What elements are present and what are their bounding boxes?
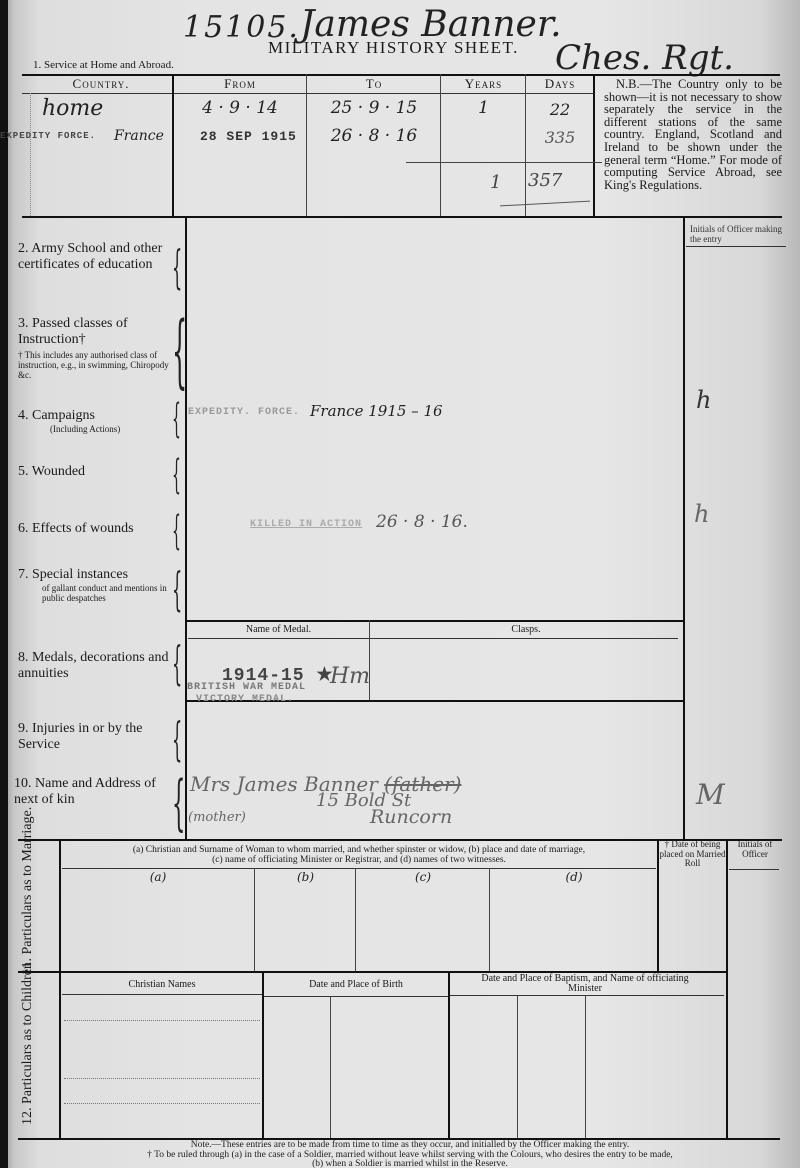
brace-icon: { — [172, 396, 181, 442]
rule — [64, 1103, 260, 1104]
medal-british-war: BRITISH WAR MEDAL — [187, 682, 306, 693]
section-num: 10. — [14, 776, 32, 791]
brace-icon: { — [172, 240, 182, 294]
section-5-label: 5. Wounded — [18, 464, 170, 480]
rule — [355, 868, 356, 971]
rule — [22, 216, 782, 218]
section-title: Army School and other certificates of ed… — [18, 241, 162, 272]
section-3-label: 3. Passed classes of Instruction† † This… — [18, 316, 170, 380]
col-d: (d) — [491, 870, 657, 884]
section-num: 6. — [18, 521, 29, 536]
section-title: Name and Address of next of kin — [14, 776, 156, 807]
medal-initials: Hm — [330, 664, 370, 689]
footer-note: Note.—These entries are to be made from … — [40, 1141, 780, 1168]
marriage-side-label: 11. Particulars as to Marriage. — [20, 845, 35, 975]
rule — [726, 839, 728, 1139]
col-a: (a) — [62, 870, 254, 884]
nb-note: N.B.—The Country only to be shown—it is … — [604, 78, 782, 191]
rule — [330, 996, 331, 1139]
row2-to: 26 · 8 · 16 — [308, 126, 440, 146]
rule — [22, 93, 594, 94]
col-b: (b) — [256, 870, 355, 884]
brace-icon: { — [172, 452, 181, 498]
col-to: To — [308, 76, 440, 92]
killed-initials: h — [694, 500, 709, 528]
col-baptism: Date and Place of Baptism, and Name of o… — [470, 974, 700, 994]
brace-icon: { — [172, 508, 181, 554]
killed-stamp: KILLED IN ACTION — [250, 519, 362, 530]
footer-line3: (b) when a Soldier is married whilst in … — [40, 1160, 780, 1168]
col-christian-names: Christian Names — [62, 979, 262, 990]
section-num: 9. — [18, 721, 29, 736]
section-8-label: 8. Medals, decorations and annuities — [18, 650, 176, 682]
row1-from: 4 · 9 · 14 — [174, 98, 306, 118]
section-6-label: 6. Effects of wounds — [18, 521, 178, 537]
rule — [185, 620, 683, 622]
col-days: Days — [527, 76, 593, 92]
total-days: 357 — [528, 170, 562, 191]
rule — [30, 93, 31, 216]
rule — [517, 995, 518, 1139]
total-underline — [500, 201, 590, 207]
section-9-label: 9. Injuries in or by the Service — [18, 721, 170, 753]
rule — [450, 995, 724, 996]
marriage-instructions: (a) Christian and Surname of Woman to wh… — [62, 845, 656, 865]
campaign-initials: h — [696, 386, 711, 414]
kin-initials: M — [696, 778, 725, 811]
medal-victory: VICTORY MEDAL. — [196, 694, 294, 705]
campaign-stamp: EXPEDITY. FORCE. — [188, 407, 300, 418]
rule — [440, 74, 441, 216]
section-num: 8. — [18, 650, 29, 665]
section-title: Wounded — [32, 464, 85, 479]
brace-icon: { — [172, 712, 182, 766]
col-birth: Date and Place of Birth — [264, 979, 448, 990]
rule — [62, 994, 262, 995]
section-4-label: 4. Campaigns (Including Actions) — [18, 408, 170, 434]
regiment: Ches. Rgt. — [555, 38, 734, 78]
section-sub: (Including Actions) — [50, 424, 170, 434]
marriage-instructions-line1: (a) Christian and Surname of Woman to wh… — [62, 845, 656, 855]
col-c: (c) — [357, 870, 489, 884]
rule — [683, 216, 685, 839]
brace-icon: { — [172, 768, 185, 838]
row1-days: 22 — [527, 100, 593, 119]
rule — [593, 74, 595, 216]
section-num: 7. — [18, 567, 29, 582]
initials-header: Initials of Officer making the entry — [690, 224, 790, 244]
rule — [448, 971, 450, 1139]
rule — [172, 74, 174, 216]
rule — [306, 74, 307, 216]
rule — [264, 996, 448, 997]
row1-to: 25 · 9 · 15 — [308, 98, 440, 118]
section-num: 4. — [18, 408, 29, 423]
section-7-label: 7. Special instances of gallant conduct … — [18, 567, 170, 603]
total-years: 1 — [490, 172, 501, 193]
section-num: 5. — [18, 464, 29, 479]
rule — [62, 868, 656, 869]
rule — [188, 638, 678, 639]
section-num: 2. — [18, 241, 29, 256]
rule — [64, 1078, 260, 1079]
row2-days: 335 — [527, 128, 593, 147]
col-clasps: Clasps. — [371, 624, 681, 635]
married-roll-header: † Date of being placed on Married Roll — [659, 840, 726, 869]
row1-years: 1 — [442, 98, 525, 118]
rule — [585, 995, 586, 1139]
rule — [525, 74, 526, 216]
row2-from-stamp: 28 SEP 1915 — [200, 129, 297, 144]
rule — [254, 868, 255, 971]
kin-town: Runcorn — [370, 806, 452, 828]
sum-line — [406, 162, 602, 163]
page-edge-shadow — [0, 0, 8, 1168]
col-medal-name: Name of Medal. — [188, 624, 369, 635]
brace-icon: { — [172, 636, 182, 690]
section-title: Special instances — [32, 567, 128, 582]
section-num: 3. — [18, 316, 29, 331]
section-title: Passed classes of Instruction† — [18, 316, 128, 347]
kin-relation: (mother) — [188, 810, 246, 825]
campaign-entry: France 1915 – 16 — [310, 402, 443, 420]
section-2-label: 2. Army School and other certificates of… — [18, 241, 170, 273]
section-title: Injuries in or by the Service — [18, 721, 142, 752]
killed-date: 26 · 8 · 16. — [376, 512, 468, 532]
section-sub: † This includes any authorised class of … — [18, 350, 170, 380]
marriage-initials-header: Initials of Officer — [730, 840, 780, 859]
rule — [686, 246, 786, 247]
section-1-label: 1. Service at Home and Abroad. — [33, 59, 174, 71]
row2-country-stamp: EXPEDITY FORCE. — [0, 131, 96, 141]
rule — [64, 1020, 260, 1021]
brace-icon: { — [172, 304, 187, 397]
rule — [59, 839, 61, 1139]
col-years: Years — [442, 76, 525, 92]
brace-icon: { — [172, 562, 182, 616]
col-from: From — [174, 76, 306, 92]
row2-country: France — [114, 128, 164, 144]
rule — [729, 869, 779, 870]
children-side-label: 12. Particulars as to Children — [20, 975, 35, 1125]
section-sub: of gallant conduct and mentions in publi… — [42, 583, 170, 603]
col-country: Country. — [30, 76, 172, 92]
section-title: Campaigns — [32, 408, 95, 423]
section-title: Medals, decorations and annuities — [18, 650, 168, 681]
section-10-label: 10. Name and Address of next of kin — [14, 776, 172, 808]
section-title: Effects of wounds — [32, 521, 134, 536]
row1-country: home — [42, 96, 103, 121]
rule — [489, 868, 490, 971]
marriage-instructions-line2: (c) name of officiating Minister or Regi… — [62, 855, 656, 865]
page-title: MILITARY HISTORY SHEET. — [268, 38, 519, 58]
